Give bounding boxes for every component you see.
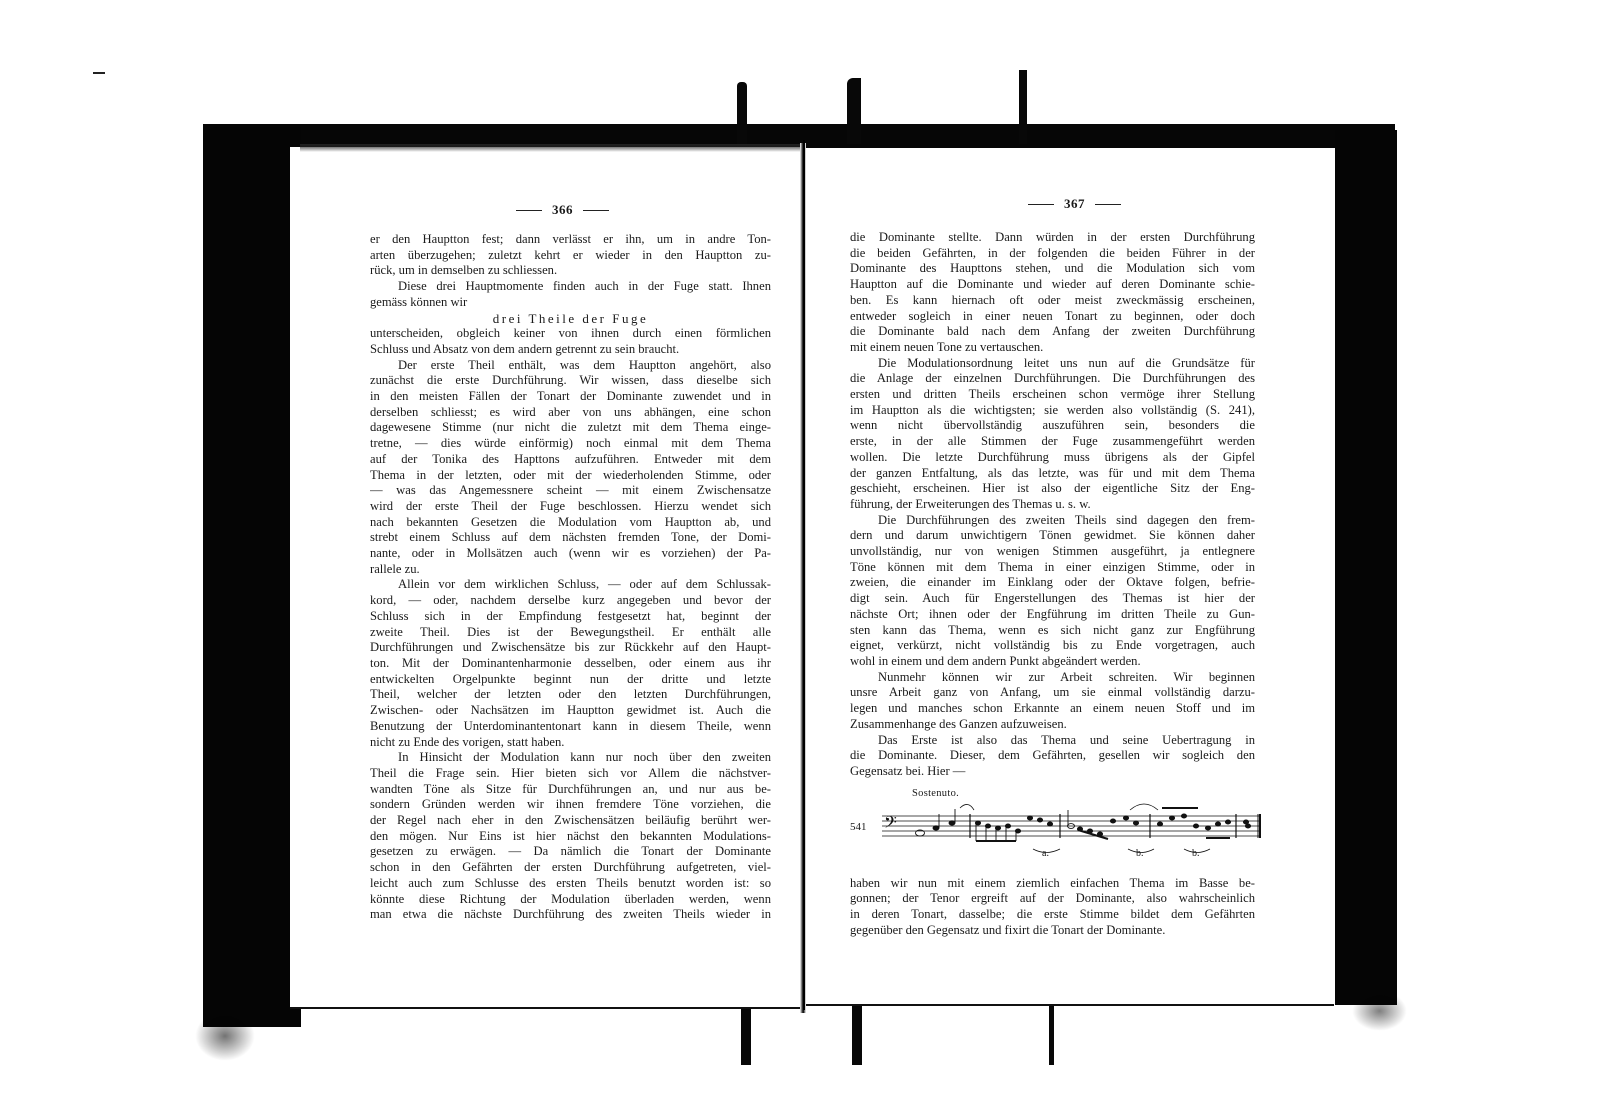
text-before-example: die Dominante stellte. Dann würden in de…: [850, 230, 1255, 780]
text-line: gonnen; der Tenor ergreift auf der Domin…: [850, 891, 1255, 907]
text-line: auf der Tonika des Hapttons aufzuführen.…: [370, 452, 771, 468]
text-line: könnte diese Richtung der Modulation übe…: [370, 892, 771, 908]
text-line: zweite Theil. Dies ist der Bewegungsthei…: [370, 625, 771, 641]
text-line: Theil die Frage sein. Hier bieten sich v…: [370, 766, 771, 782]
text-line: wandten Töne als Sitze für Durchführunge…: [370, 782, 771, 798]
text-line: den mögen. Nur Eins ist hier nächst den …: [370, 829, 771, 845]
left-page: 366 er den Hauptton fest; dann verlässt …: [290, 147, 800, 1009]
text-line: zweien, die einander im Einklang oder de…: [850, 575, 1255, 591]
text-line: führung, der Erweiterungen des Themas u.…: [850, 497, 1255, 513]
text-line: sondern Gründen werden wir ihnen fremder…: [370, 797, 771, 813]
scanner-clamp: [737, 82, 747, 144]
text-line: drei Theile der Fuge: [370, 311, 771, 327]
text-line: Schluss und Absatz von dem andern getren…: [370, 342, 771, 358]
scanner-clamp: [1049, 1005, 1054, 1065]
text-line: Gegensatz bei. Hier —: [850, 764, 1255, 780]
text-line: legen und manches schon Erkannte an eine…: [850, 701, 1255, 717]
text-line: wollen. Die letzte Durchführung muss übr…: [850, 450, 1255, 466]
text-line: ton. Mit der Dominantenharmonie desselbe…: [370, 656, 771, 672]
annotation-label: b.: [1136, 846, 1144, 862]
text-line: Allein vor dem wirklichen Schluss, — ode…: [370, 577, 771, 593]
text-line: die Anlage der einzelnen Durchführungen.…: [850, 371, 1255, 387]
text-line: digt sein. Auch für Engerstellungen des …: [850, 591, 1255, 607]
text-line: Durchführungen und Zwischensätze bis zur…: [370, 640, 771, 656]
text-line: die Dominante bald nach dem Anfang der z…: [850, 324, 1255, 340]
text-after-example: haben wir nun mit einem ziemlich einfach…: [850, 876, 1255, 939]
text-line: der ganzen Entfaltung, als das letzte, w…: [850, 466, 1255, 482]
scanned-book-spread: 366 er den Hauptton fest; dann verlässt …: [0, 0, 1600, 1108]
text-line: unterscheiden, obgleich keiner von ihnen…: [370, 326, 771, 342]
text-line: nante, oder in Mollsätzen auch (wenn wir…: [370, 546, 771, 562]
text-line: Der erste Theil enthält, was dem Hauptto…: [370, 358, 771, 374]
text-line: — was das Angemessnere scheint — mit ein…: [370, 483, 771, 499]
text-line: wenn nicht übervollständig auszuführen s…: [850, 418, 1255, 434]
text-line: mit einem neuen Tone zu vertauschen.: [850, 340, 1255, 356]
text-line: nach bekannten Gesetzen die Modulation v…: [370, 515, 771, 531]
text-line: Zwischen- oder Nachsätzen im Hauptton ge…: [370, 703, 771, 719]
annotation-label: a.: [1042, 846, 1049, 862]
text-line: Hauptton auf die Dominante und wieder au…: [850, 277, 1255, 293]
text-line: leicht auch zum Schlusse des ersten Thei…: [370, 876, 771, 892]
text-line: Das Erste ist also das Thema und seine U…: [850, 733, 1255, 749]
text-line: entwickelten Orgelpunkte beginnt nun der…: [370, 672, 771, 688]
text-line: tretne, — dies würde einförmig) noch ein…: [370, 436, 771, 452]
text-line: gegenüber den Gegensatz und fixirt die T…: [850, 923, 1255, 939]
book-cover-left-edge: [203, 127, 301, 1027]
text-line: im Hauptton als die wichtigsten; sie wer…: [850, 403, 1255, 419]
text-line: gemäss können wir: [370, 295, 771, 311]
text-line: kord, — oder, nachdem derselbe kurz ange…: [370, 593, 771, 609]
text-line: nächste Ort; ihnen oder der Engführung i…: [850, 607, 1255, 623]
text-line: die beiden Gefährten, in der folgenden d…: [850, 246, 1255, 262]
scanner-clamp: [1019, 70, 1027, 144]
text-line: derselben schliesst; es wird aber von un…: [370, 405, 771, 421]
text-line: arten überzugehen; zuletzt kehrt er wied…: [370, 248, 771, 264]
page-number-left: 366: [516, 202, 609, 218]
text-line: ben. Es kann hiernach oft oder meist zwe…: [850, 293, 1255, 309]
text-line: die Dominante stellte. Dann würden in de…: [850, 230, 1255, 246]
text-line: rallele zu.: [370, 562, 771, 578]
text-line: man etwa die nächste Durchführung des zw…: [370, 907, 771, 923]
text-line: die Dominante. Dieser, dem Gefährten, ge…: [850, 748, 1255, 764]
text-line: haben wir nun mit einem ziemlich einfach…: [850, 876, 1255, 892]
text-line: Dominante des Haupttons stehen, und die …: [850, 261, 1255, 277]
text-line: strebt einem Schluss auf dem nächsten fr…: [370, 530, 771, 546]
right-page: 367 die Dominante stellte. Dann würden i…: [806, 148, 1334, 1006]
page-number-text: 366: [552, 202, 573, 218]
text-line: dern und darum unwichtigern Tönen gewidm…: [850, 528, 1255, 544]
text-line: ersten und dritten Theils erscheinen sch…: [850, 387, 1255, 403]
annotation-label: b.: [1192, 846, 1200, 862]
text-line: Theil, welcher der letzten oder den letz…: [370, 687, 771, 703]
text-line: unsre Arbeit ganz von Anfang, um sie ein…: [850, 685, 1255, 701]
page-top-shadow: [300, 144, 800, 152]
text-line: nicht zu Ende des vorigen, statt haben.: [370, 735, 771, 751]
text-line: er den Hauptton fest; dann verlässt er i…: [370, 232, 771, 248]
text-line: in den meisten Fällen der Tonart der Dom…: [370, 389, 771, 405]
text-line: Thema in der letzten, oder mit der wiede…: [370, 468, 771, 484]
scanner-clamp: [741, 1005, 751, 1065]
text-line: entweder sogleich in einer neuen Tonart …: [850, 309, 1255, 325]
music-staff: 𝄢: [868, 796, 1268, 856]
text-line: Die Modulationsordnung leitet uns nun au…: [850, 356, 1255, 372]
text-line: zunächst die erste Durchführung. Wir wis…: [370, 373, 771, 389]
text-line: Benutzung der Unterdominantentonart kann…: [370, 719, 771, 735]
page-number-text: 367: [1064, 196, 1085, 212]
text-line: sten kann das Thema, wenn es sich nicht …: [850, 623, 1255, 639]
text-line: eignet, verkürzt, nicht vollständig bis …: [850, 638, 1255, 654]
text-line: dagewesene Stimme (nur nicht die zuletzt…: [370, 420, 771, 436]
scan-artifact: [93, 72, 105, 74]
text-line: Zusammenhange des Ganzen aufzuweisen.: [850, 717, 1255, 733]
book-spine-line: [803, 140, 805, 1010]
bass-clef-icon: 𝄢: [884, 812, 897, 836]
text-line: Töne können mit dem Thema in einer einzi…: [850, 560, 1255, 576]
text-line: geschieht, erscheinen. Hier ist also der…: [850, 481, 1255, 497]
text-line: Diese drei Hauptmomente finden auch in d…: [370, 279, 771, 295]
text-line: In Hinsicht der Modulation kann nur noch…: [370, 750, 771, 766]
text-line: Schluss sich in der Empfindung festgeset…: [370, 609, 771, 625]
example-number: 541: [850, 820, 867, 836]
text-line: unvollständig, nur von wenigen Stimmen a…: [850, 544, 1255, 560]
text-line: rück, um in demselben zu schliessen.: [370, 263, 771, 279]
left-page-text-column: er den Hauptton fest; dann verlässt er i…: [370, 232, 771, 923]
scanner-clamp: [847, 78, 861, 144]
text-line: der Regel nach eher in den Zwischensätze…: [370, 813, 771, 829]
text-line: Die Durchführungen des zweiten Theils si…: [850, 513, 1255, 529]
text-line: wohl in einem und dem andern Punkt abgeä…: [850, 654, 1255, 670]
text-line: Nunmehr können wir zur Arbeit schreiten.…: [850, 670, 1255, 686]
right-page-text-column: die Dominante stellte. Dann würden in de…: [850, 230, 1255, 938]
music-example: 541 Sostenuto.: [850, 786, 1255, 872]
text-line: schon in den Gefährten der ersten Durchf…: [370, 860, 771, 876]
scanner-clamp: [852, 1005, 862, 1065]
text-line: erste, in der alle Stimmen der Fuge zusa…: [850, 434, 1255, 450]
text-line: gesetzen zu erwägen. — Da nämlich die To…: [370, 844, 771, 860]
book-cover-right-edge: [1335, 130, 1397, 1005]
text-line: wird der erste Theil der Fuge beschlosse…: [370, 499, 771, 515]
text-line: in deren Tonart, dasselbe; die erste Sti…: [850, 907, 1255, 923]
page-number-right: 367: [1028, 196, 1121, 212]
